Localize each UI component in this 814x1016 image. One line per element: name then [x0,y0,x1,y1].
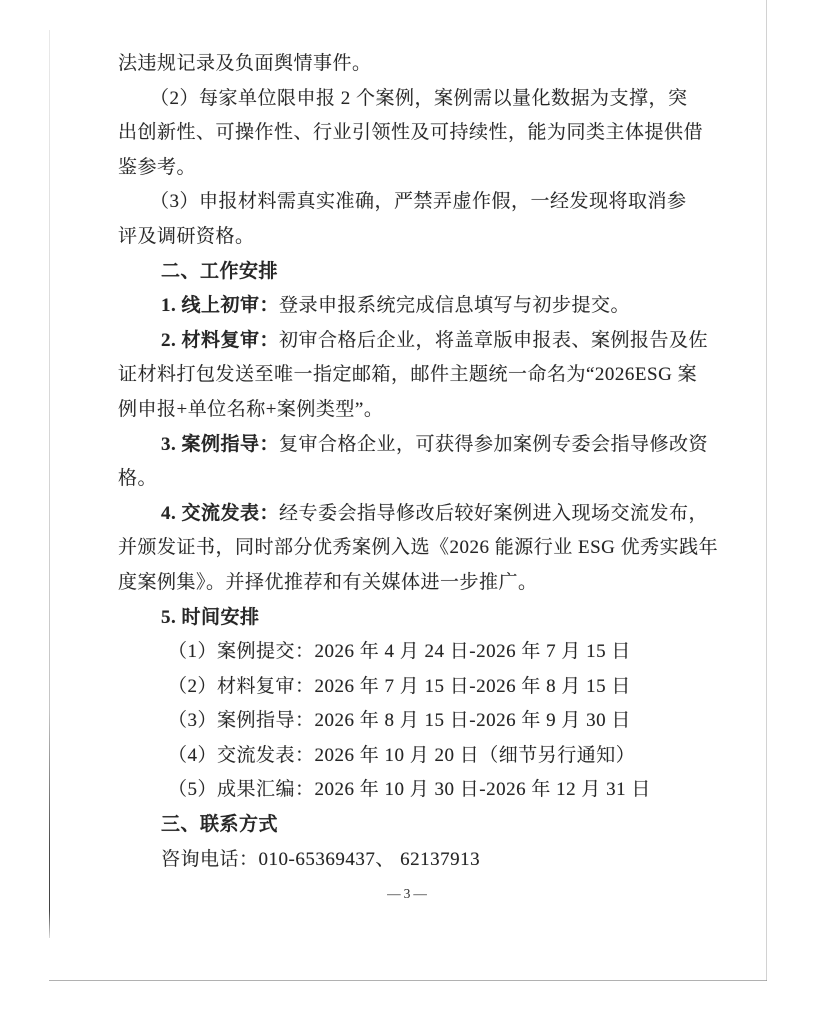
schedule-item-line: （2）材料复审：2026 年 7 月 15 日-2026 年 8 月 15 日 [118,670,714,705]
line-text: 证材料打包发送至唯一指定邮箱，邮件主题统一命名为“2026ESG 案 [118,364,697,385]
schedule-item-line: （3）案例指导：2026 年 8 月 15 日-2026 年 9 月 30 日 [118,704,714,739]
document-body: 法违规记录及负面舆情事件。 （2）每家单位限申报 2 个案例，案例需以量化数据为… [118,47,714,877]
text-line: 格。 [118,462,714,497]
item-label: 4. 交流发表： [161,503,279,524]
line-text: （3）申报材料需真实准确，严禁弄虚作假，一经发现将取消参 [150,191,687,212]
text-line: 例申报+单位名称+案例类型”。 [118,393,714,428]
line-text: 复审合格企业，可获得参加案例专委会指导修改资 [279,434,708,455]
text-line: 出创新性、可操作性、行业引领性及可持续性，能为同类主体提供借 [118,116,714,151]
schedule-item-line: （5）成果汇编：2026 年 10 月 30 日-2026 年 12 月 31 … [118,773,714,808]
schedule-item-line: （4）交流发表：2026 年 10 月 20 日（细节另行通知） [118,739,714,774]
text-line: 评及调研资格。 [118,220,714,255]
line-text: 法违规记录及负面舆情事件。 [118,53,372,74]
line-text: （1）案例提交：2026 年 4 月 24 日-2026 年 7 月 15 日 [168,641,631,662]
page-number: —3— [50,884,767,904]
text-line: 证材料打包发送至唯一指定邮箱，邮件主题统一命名为“2026ESG 案 [118,358,714,393]
item-label: 3. 案例指导： [161,434,279,455]
numbered-item-line: 1. 线上初审：登录申报系统完成信息填写与初步提交。 [118,289,714,324]
line-text: 度案例集》。并择优推荐和有关媒体进一步推广。 [118,572,538,593]
paragraph-start-line: （3）申报材料需真实准确，严禁弄虚作假，一经发现将取消参 [118,185,714,220]
line-text: （2）每家单位限申报 2 个案例，案例需以量化数据为支撑，突 [150,88,688,109]
item-label: 2. 材料复审： [161,330,279,351]
text-line: 法违规记录及负面舆情事件。 [118,47,714,82]
item-label: 1. 线上初审： [161,295,279,316]
line-text: （4）交流发表：2026 年 10 月 20 日（细节另行通知） [168,745,635,766]
line-text: 评及调研资格。 [118,226,255,247]
scanned-document-page: 法违规记录及负面舆情事件。 （2）每家单位限申报 2 个案例，案例需以量化数据为… [0,0,814,1016]
contact-phone-line: 咨询电话：010-65369437、 62137913 [118,843,714,878]
text-line: 度案例集》。并择优推荐和有关媒体进一步推广。 [118,566,714,601]
schedule-item-line: （1）案例提交：2026 年 4 月 24 日-2026 年 7 月 15 日 [118,635,714,670]
line-text: 鉴参考。 [118,157,196,178]
paragraph-start-line: （2）每家单位限申报 2 个案例，案例需以量化数据为支撑，突 [118,82,714,117]
numbered-item-line: 2. 材料复审：初审合格后企业，将盖章版申报表、案例报告及佐 [118,324,714,359]
line-text: 例申报+单位名称+案例类型”。 [118,399,383,420]
line-text: （2）材料复审：2026 年 7 月 15 日-2026 年 8 月 15 日 [168,676,631,697]
line-text: 格。 [118,468,157,489]
section-heading-contact: 三、联系方式 [118,808,714,843]
line-text: 出创新性、可操作性、行业引领性及可持续性，能为同类主体提供借 [118,122,703,143]
section-heading-work-arrangement: 二、工作安排 [118,255,714,290]
numbered-item-line: 3. 案例指导：复审合格企业，可获得参加案例专委会指导修改资 [118,428,714,463]
text-line: 鉴参考。 [118,151,714,186]
scan-edge-left-line [49,30,50,938]
line-text: 初审合格后企业，将盖章版申报表、案例报告及佐 [279,330,708,351]
line-text: 并颁发证书，同时部分优秀案例入选《2026 能源行业 ESG 优秀实践年 [118,537,718,558]
section-heading-schedule: 5. 时间安排 [118,601,714,636]
line-text: 经专委会指导修改后较好案例进入现场交流发布， [279,503,708,524]
line-text: 登录申报系统完成信息填写与初步提交。 [279,295,630,316]
line-text: （3）案例指导：2026 年 8 月 15 日-2026 年 9 月 30 日 [168,710,631,731]
text-line: 并颁发证书，同时部分优秀案例入选《2026 能源行业 ESG 优秀实践年 [118,531,714,566]
line-text: 咨询电话：010-65369437、 62137913 [161,849,480,870]
line-text: （5）成果汇编：2026 年 10 月 30 日-2026 年 12 月 31 … [168,779,651,800]
numbered-item-line: 4. 交流发表：经专委会指导修改后较好案例进入现场交流发布， [118,497,714,532]
scan-edge-bottom-line [49,980,767,981]
scan-edge-right-line [766,0,767,981]
